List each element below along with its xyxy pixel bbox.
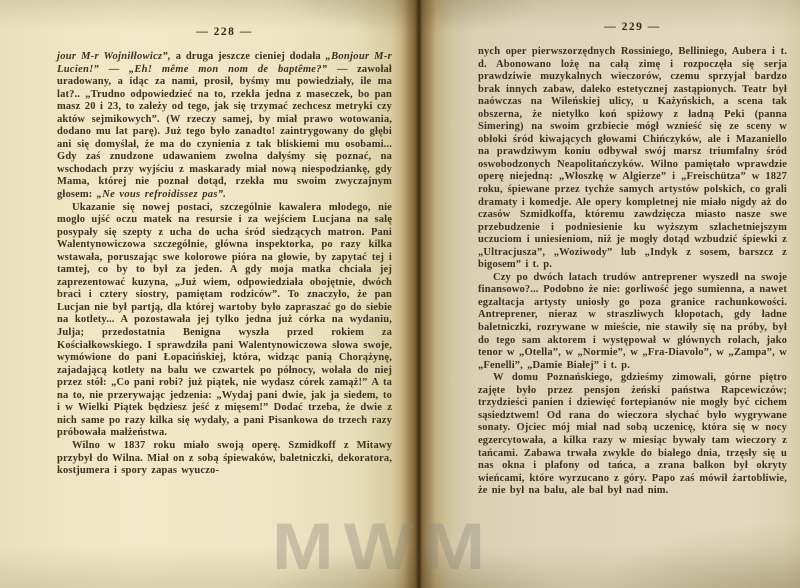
text-run: Czy po dwóch latach trudów antreprener w…	[478, 272, 787, 371]
paragraph: Czy po dwóch latach trudów antreprener w…	[478, 272, 787, 372]
italic-text-run: jour M-r Wojniłłowicz”,	[57, 51, 176, 62]
page-left: — 228 — jour M-r Wojniłłowicz”, a druga …	[57, 26, 392, 478]
page-number-right: — 229 —	[478, 21, 787, 33]
text-run: W domu Poznańskiego, gdzieśmy zimowali, …	[478, 372, 787, 496]
paragraph: Wilno w 1837 roku miało swoją operę. Szm…	[57, 440, 392, 478]
italic-text-run: „Eh! même mon nom de baptême?”	[129, 64, 337, 75]
text-run: a druga jeszcze cieniej dodała	[176, 51, 326, 62]
paragraph: Ukazanie się nowej postaci, szczególnie …	[57, 202, 392, 440]
paragraph: W domu Poznańskiego, gdzieśmy zimowali, …	[478, 372, 787, 497]
paragraph: nych oper pierwszorzędnych Rossiniego, B…	[478, 46, 787, 272]
page-text-left: jour M-r Wojniłłowicz”, a druga jeszcze …	[57, 51, 392, 478]
book-gutter-crease	[402, 0, 436, 588]
page-number-left: — 228 —	[57, 26, 392, 38]
page-right: — 229 — nych oper pierwszorzędnych Rossi…	[478, 21, 787, 498]
text-run: Ukazanie się nowej postaci, szczególnie …	[57, 202, 392, 439]
text-run: Wilno w 1837 roku miało swoją operę. Szm…	[57, 440, 392, 476]
book-scan: — 228 — jour M-r Wojniłłowicz”, a druga …	[0, 0, 800, 588]
paragraph: jour M-r Wojniłłowicz”, a druga jeszcze …	[57, 51, 392, 202]
text-run: nych oper pierwszorzędnych Rossiniego, B…	[478, 46, 787, 270]
text-run: — zawołał uradowany, a idąc za nami, pro…	[57, 64, 392, 200]
page-text-right: nych oper pierwszorzędnych Rossiniego, B…	[478, 46, 787, 498]
italic-text-run: „Ne vous refroidissez pas”.	[97, 189, 227, 200]
text-run: —	[109, 64, 129, 75]
digitization-watermark: MWM	[272, 508, 495, 584]
